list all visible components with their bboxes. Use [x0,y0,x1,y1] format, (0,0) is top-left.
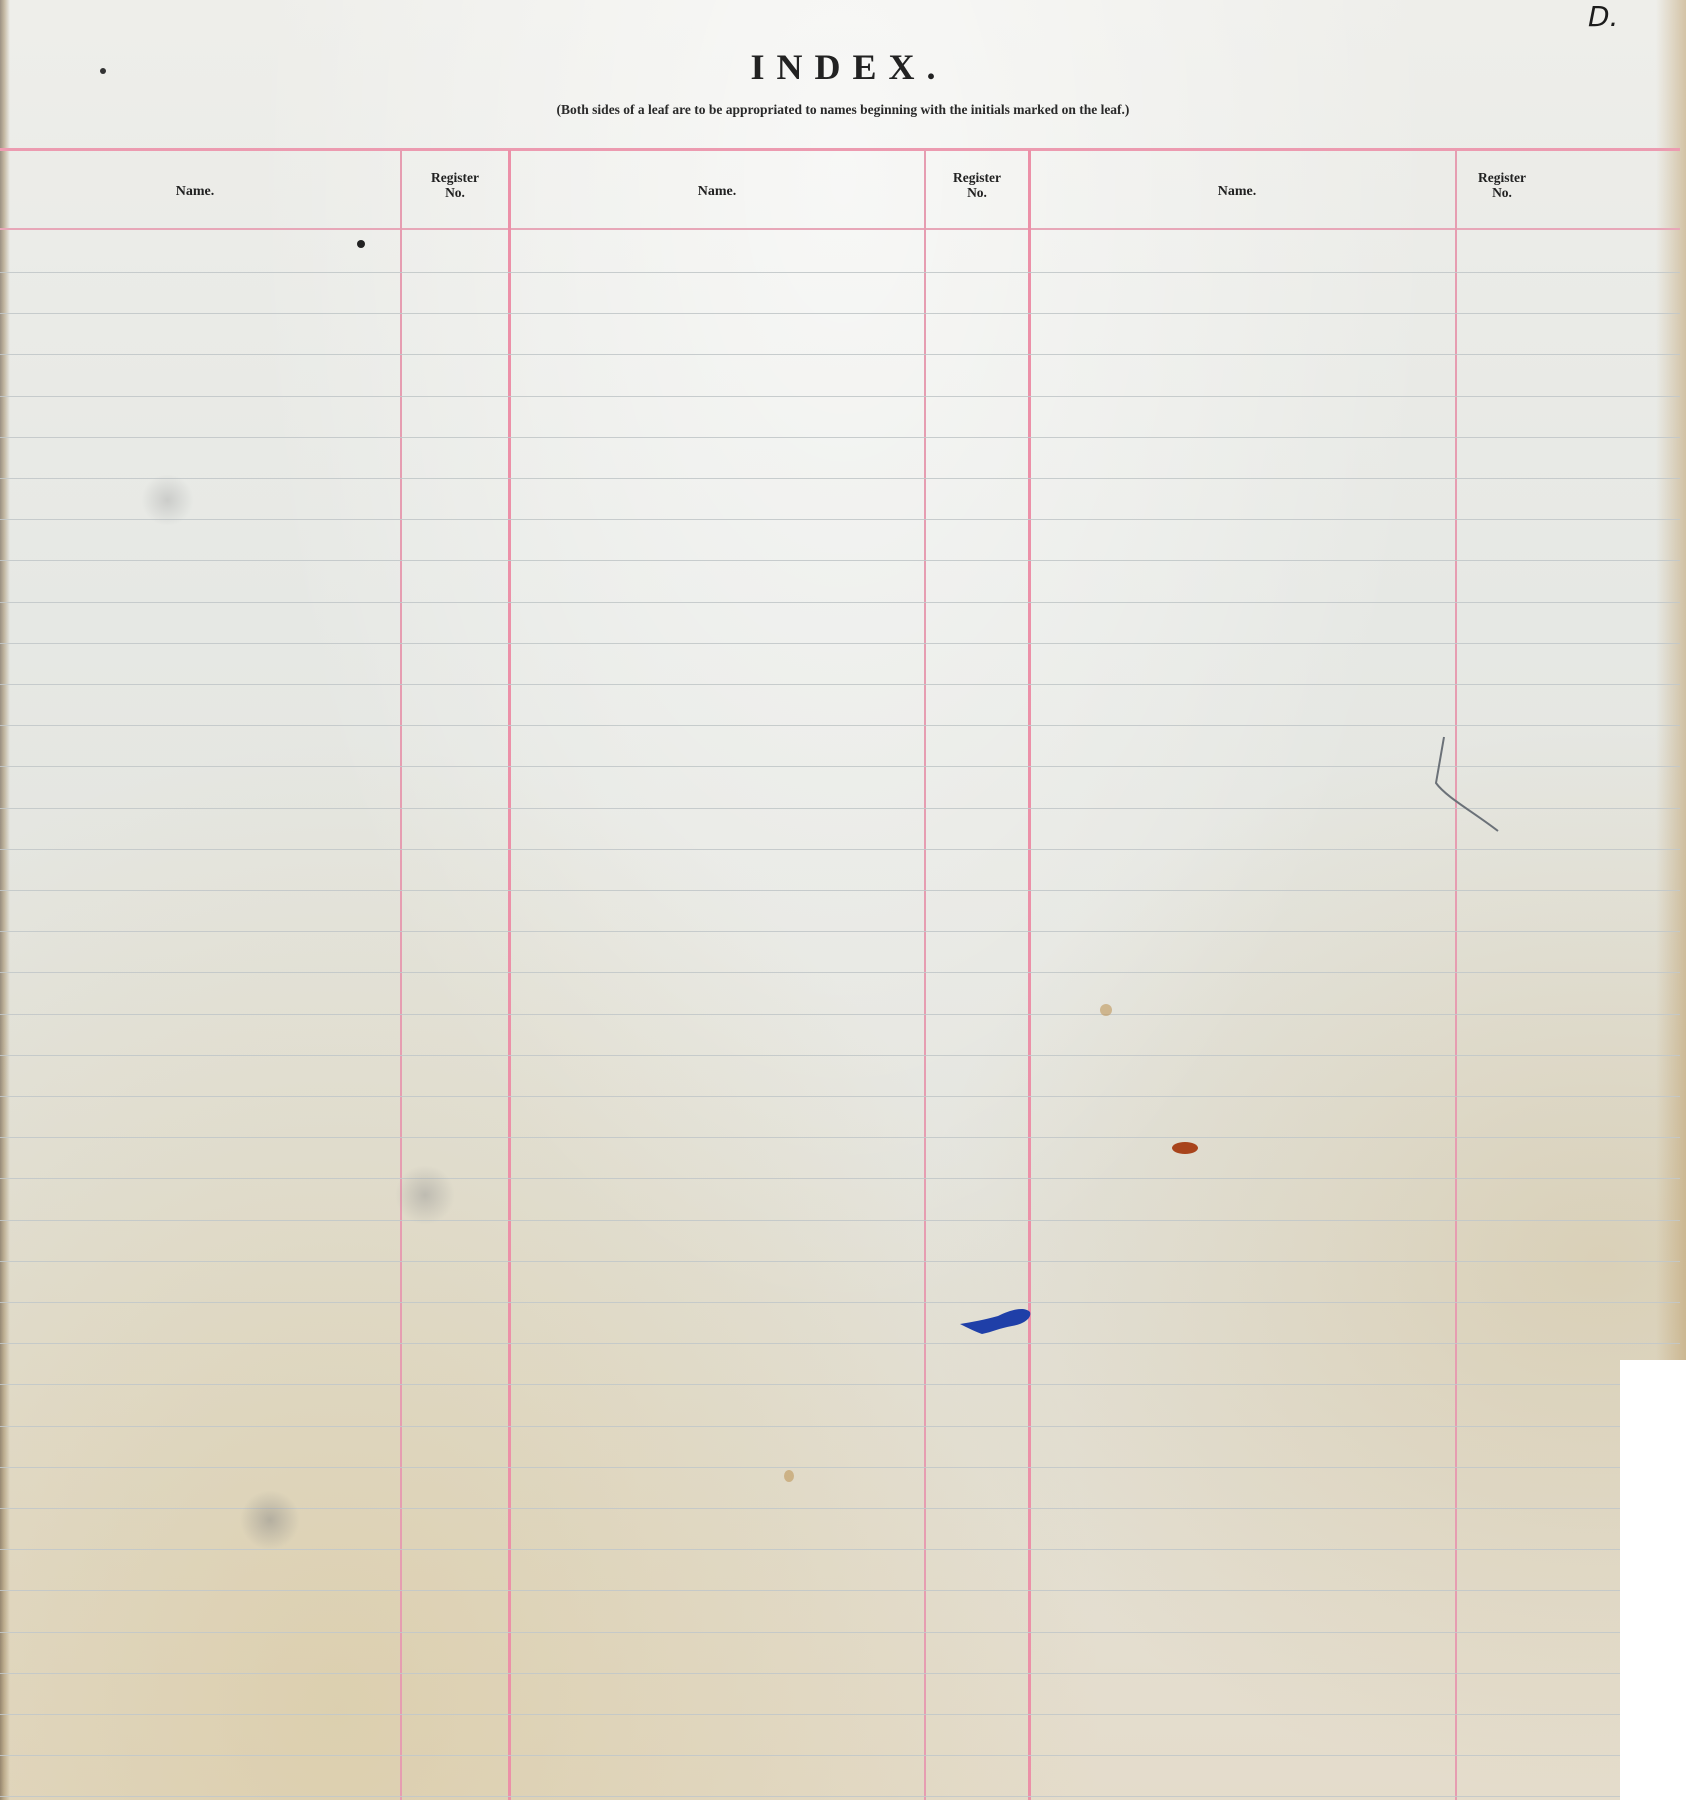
foxing-spot [1100,1004,1112,1016]
ruled-line [0,354,1680,355]
ruled-line [0,272,1680,273]
blue-ink-blot [958,1306,1032,1336]
ruled-line [0,643,1680,644]
header-bottom-rule [0,228,1680,230]
ruled-line [0,766,1680,767]
water-stain [240,1490,300,1550]
ruled-line [0,1426,1680,1427]
ledger-page: D. INDEX. (Both sides of a leaf are to b… [0,0,1686,1800]
ruled-line [0,478,1680,479]
column-header-name-1: Name. [0,184,390,199]
ruled-line [0,560,1680,561]
ruled-line [0,1714,1680,1715]
column-header-register-3: Register No. [1457,170,1547,200]
ruled-line [0,1673,1680,1674]
ruled-line [0,1467,1680,1468]
ruled-line [0,1632,1680,1633]
ruled-line [0,808,1680,809]
ruled-line [0,1055,1680,1056]
page-instructions: (Both sides of a leaf are to be appropri… [0,102,1686,118]
ruled-line [0,684,1680,685]
column-divider-2 [508,150,511,1800]
ruled-line [0,1755,1680,1756]
ruled-line [0,519,1680,520]
ruled-line [0,931,1680,932]
ruled-line [0,1014,1680,1015]
ruled-line [0,396,1680,397]
page-title: INDEX. [0,46,1686,88]
ruled-line [0,849,1680,850]
column-header-register-2: Register No. [926,170,1028,200]
foxing-spot [784,1470,794,1482]
ink-dot [100,68,106,74]
ruled-line [0,1096,1680,1097]
column-header-register-1: Register No. [402,170,508,200]
register-label: Register [1457,170,1547,185]
ruled-line [0,890,1680,891]
rust-spot [1172,1142,1198,1154]
register-label: Register [926,170,1028,185]
pencil-stroke [1432,735,1502,835]
ruled-line [0,1590,1680,1591]
ruled-line [0,313,1680,314]
column-header-name-2: Name. [510,184,924,199]
column-divider-4 [1028,150,1031,1800]
ruled-line [0,1384,1680,1385]
handwritten-letter-mark: D. [1588,0,1618,33]
column-header-name-3: Name. [1030,184,1444,199]
ruled-line [0,1549,1680,1550]
ruled-line [0,1261,1680,1262]
ruled-line [0,725,1680,726]
column-divider-3 [924,150,926,1800]
blank-corner-patch [1620,1360,1686,1800]
number-label: No. [1457,185,1547,200]
number-label: No. [926,185,1028,200]
ruled-line [0,1137,1680,1138]
ruled-line [0,1343,1680,1344]
water-stain [140,475,195,525]
register-label: Register [402,170,508,185]
ruled-line [0,1796,1680,1797]
page-binding-edge [0,0,10,1800]
ruled-line [0,1220,1680,1221]
ruled-line [0,437,1680,438]
water-stain [395,1165,455,1225]
ruled-line [0,972,1680,973]
ruled-line [0,602,1680,603]
ruled-line [0,1302,1680,1303]
number-label: No. [402,185,508,200]
ink-dot [357,240,365,248]
column-divider-1 [400,150,402,1800]
column-divider-5 [1455,150,1457,1800]
ruled-line [0,1178,1680,1179]
header-top-rule [0,148,1680,151]
